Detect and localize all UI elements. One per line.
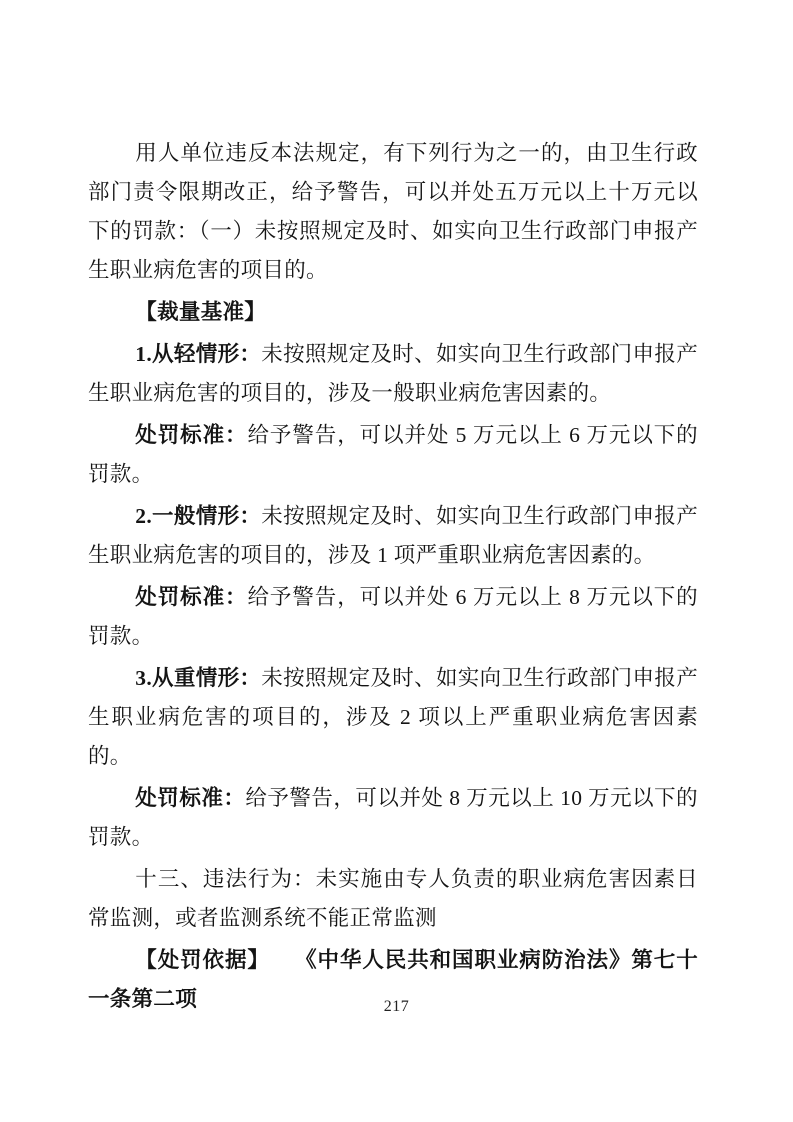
paragraph-lenient-circumstance: 1.从轻情形：未按照规定及时、如实向卫生行政部门申报产生职业病危害的项目的，涉及… bbox=[88, 335, 698, 413]
paragraph-general-circumstance: 2.一般情形：未按照规定及时、如实向卫生行政部门申报产生职业病危害的项目的，涉及… bbox=[88, 497, 698, 575]
paragraph-lead-label: 3.从重情形： bbox=[135, 666, 261, 690]
paragraph-penalty-standard-3: 处罚标准：给予警告，可以并处 8 万元以上 10 万元以下的罚款。 bbox=[88, 779, 698, 857]
document-body: 用人单位违反本法规定，有下列行为之一的，由卫生行政部门责令限期改正，给予警告，可… bbox=[88, 134, 698, 1019]
paragraph-severe-circumstance: 3.从重情形：未按照规定及时、如实向卫生行政部门申报产生职业病危害的项目的，涉及… bbox=[88, 659, 698, 776]
paragraph-penalty-standard-2: 处罚标准：给予警告，可以并处 6 万元以上 8 万元以下的罚款。 bbox=[88, 578, 698, 656]
paragraph-penalty-standard-1: 处罚标准：给予警告，可以并处 5 万元以上 6 万元以下的罚款。 bbox=[88, 416, 698, 494]
paragraph-lead-label: 2.一般情形： bbox=[135, 504, 261, 528]
paragraph-lead-label: 【处罚依据】 bbox=[135, 948, 270, 972]
section-heading-discretion-basis: 【裁量基准】 bbox=[88, 293, 698, 332]
paragraph-lead-label: 处罚标准： bbox=[135, 585, 247, 609]
paragraph-intro: 用人单位违反本法规定，有下列行为之一的，由卫生行政部门责令限期改正，给予警告，可… bbox=[88, 134, 698, 290]
paragraph-illegal-act-13: 十三、违法行为：未实施由专人负责的职业病危害因素日常监测，或者监测系统不能正常监… bbox=[88, 860, 698, 938]
paragraph-lead-label: 处罚标准： bbox=[135, 786, 245, 810]
paragraph-lead-label: 1.从轻情形： bbox=[135, 342, 261, 366]
paragraph-lead-label: 处罚标准： bbox=[135, 423, 247, 447]
page-number: 217 bbox=[0, 998, 793, 1016]
document-page: 用人单位违反本法规定，有下列行为之一的，由卫生行政部门责令限期改正，给予警告，可… bbox=[0, 0, 793, 1122]
